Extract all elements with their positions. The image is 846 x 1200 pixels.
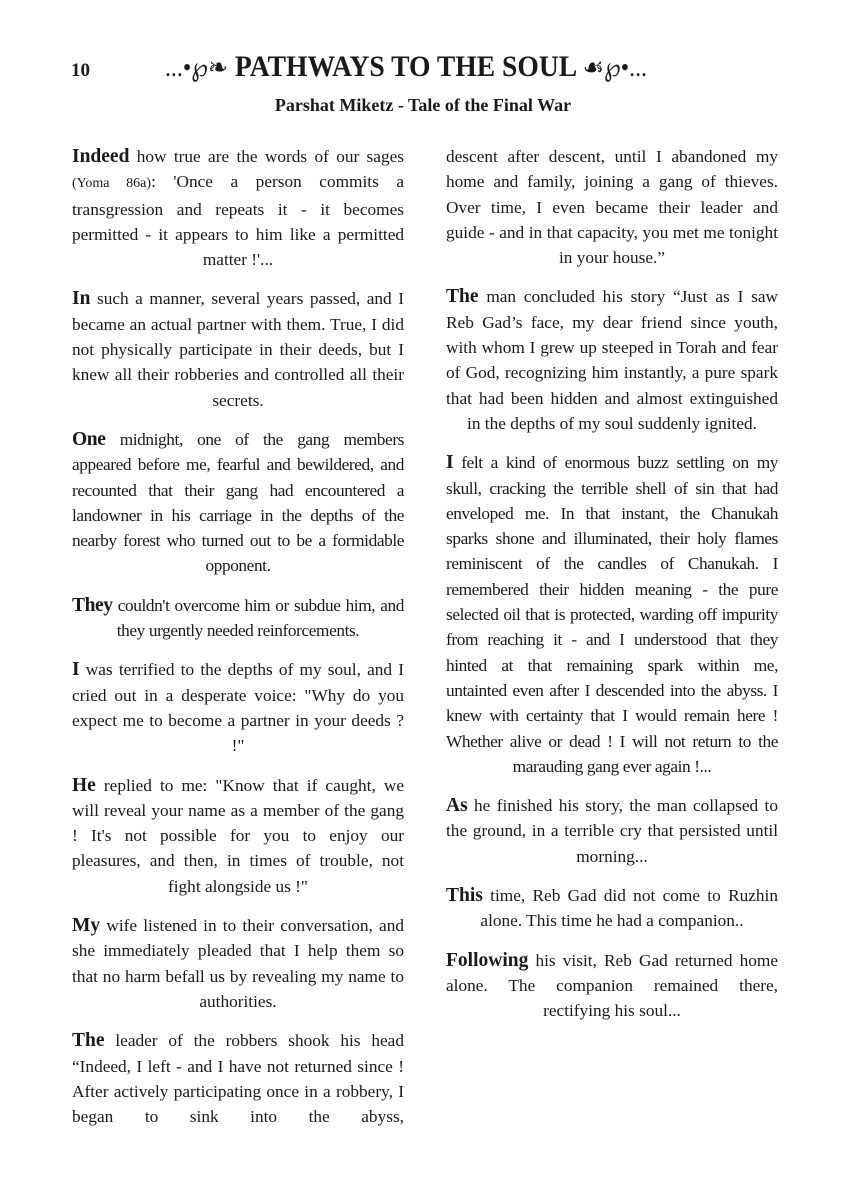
chapter-subtitle: Parshat Miketz - Tale of the Final War bbox=[0, 95, 846, 116]
paragraph: As he finished his story, the man collap… bbox=[446, 793, 778, 869]
paragraph-text: leader of the robbers shook his head “In… bbox=[72, 1031, 404, 1126]
paragraph-text: such a manner, several years passed, and… bbox=[72, 289, 404, 409]
running-head: ...•℘❧ PATHWAYS TO THE SOUL ☙℘•... bbox=[130, 50, 682, 84]
lead-word: They bbox=[72, 595, 113, 616]
paragraph: Following his visit, Reb Gad returned ho… bbox=[446, 948, 778, 1024]
paragraph-text: midnight, one of the gang members appear… bbox=[72, 430, 404, 575]
lead-word: As bbox=[446, 795, 468, 816]
lead-word: My bbox=[72, 915, 100, 936]
paragraph-text: felt a kind of enormous buzz settling on… bbox=[446, 453, 778, 776]
citation-reference: (Yoma 86a) bbox=[72, 176, 151, 191]
lead-word: The bbox=[446, 286, 479, 307]
lead-word: Following bbox=[446, 950, 528, 971]
right-column: descent after descent, until I abandoned… bbox=[446, 144, 778, 1038]
left-column: Indeed how true are the words of our sag… bbox=[72, 144, 404, 1143]
page-number: 10 bbox=[71, 60, 90, 82]
paragraph: One midnight, one of the gang members ap… bbox=[72, 427, 404, 579]
paragraph-text: descent after descent, until I abandoned… bbox=[446, 147, 778, 267]
paragraph-text: how true are the words of our sages bbox=[129, 147, 404, 166]
paragraph: My wife listened in to their conversatio… bbox=[72, 913, 404, 1014]
lead-word: He bbox=[72, 775, 96, 796]
paragraph: Indeed how true are the words of our sag… bbox=[72, 144, 404, 272]
paragraph-text: was terrified to the depths of my soul, … bbox=[72, 660, 404, 755]
lead-word: I bbox=[72, 659, 80, 680]
book-title: PATHWAYS TO THE SOUL bbox=[235, 50, 576, 83]
paragraph-text: couldn't overcome him or subdue him, and… bbox=[113, 596, 404, 640]
paragraph: The leader of the robbers shook his head… bbox=[72, 1028, 404, 1129]
lead-word: This bbox=[446, 885, 483, 906]
paragraph: This time, Reb Gad did not come to Ruzhi… bbox=[446, 883, 778, 934]
paragraph: I felt a kind of enormous buzz settling … bbox=[446, 450, 778, 779]
paragraph-text: wife listened in to their conversation, … bbox=[72, 916, 404, 1011]
lead-word: One bbox=[72, 429, 105, 450]
ornament-right-icon: ☙℘•... bbox=[583, 53, 647, 82]
paragraph: I was terrified to the depths of my soul… bbox=[72, 657, 404, 758]
lead-word: The bbox=[72, 1030, 105, 1051]
paragraph-text: he finished his story, the man collapsed… bbox=[446, 796, 778, 866]
paragraph-text: replied to me: "Know that if caught, we … bbox=[72, 776, 404, 896]
paragraph: The man concluded his story “Just as I s… bbox=[446, 284, 778, 436]
paragraph: He replied to me: "Know that if caught, … bbox=[72, 773, 404, 899]
lead-word: Indeed bbox=[72, 146, 129, 167]
paragraph: descent after descent, until I abandoned… bbox=[446, 144, 778, 270]
paragraph: In such a manner, several years passed, … bbox=[72, 286, 404, 412]
paragraph-text: time, Reb Gad did not come to Ruzhin alo… bbox=[480, 886, 778, 930]
paragraph-text: man concluded his story “Just as I saw R… bbox=[446, 287, 778, 432]
paragraph: They couldn't overcome him or subdue him… bbox=[72, 593, 404, 644]
ornament-left-icon: ...•℘❧ bbox=[165, 53, 228, 82]
lead-word: In bbox=[72, 288, 90, 309]
